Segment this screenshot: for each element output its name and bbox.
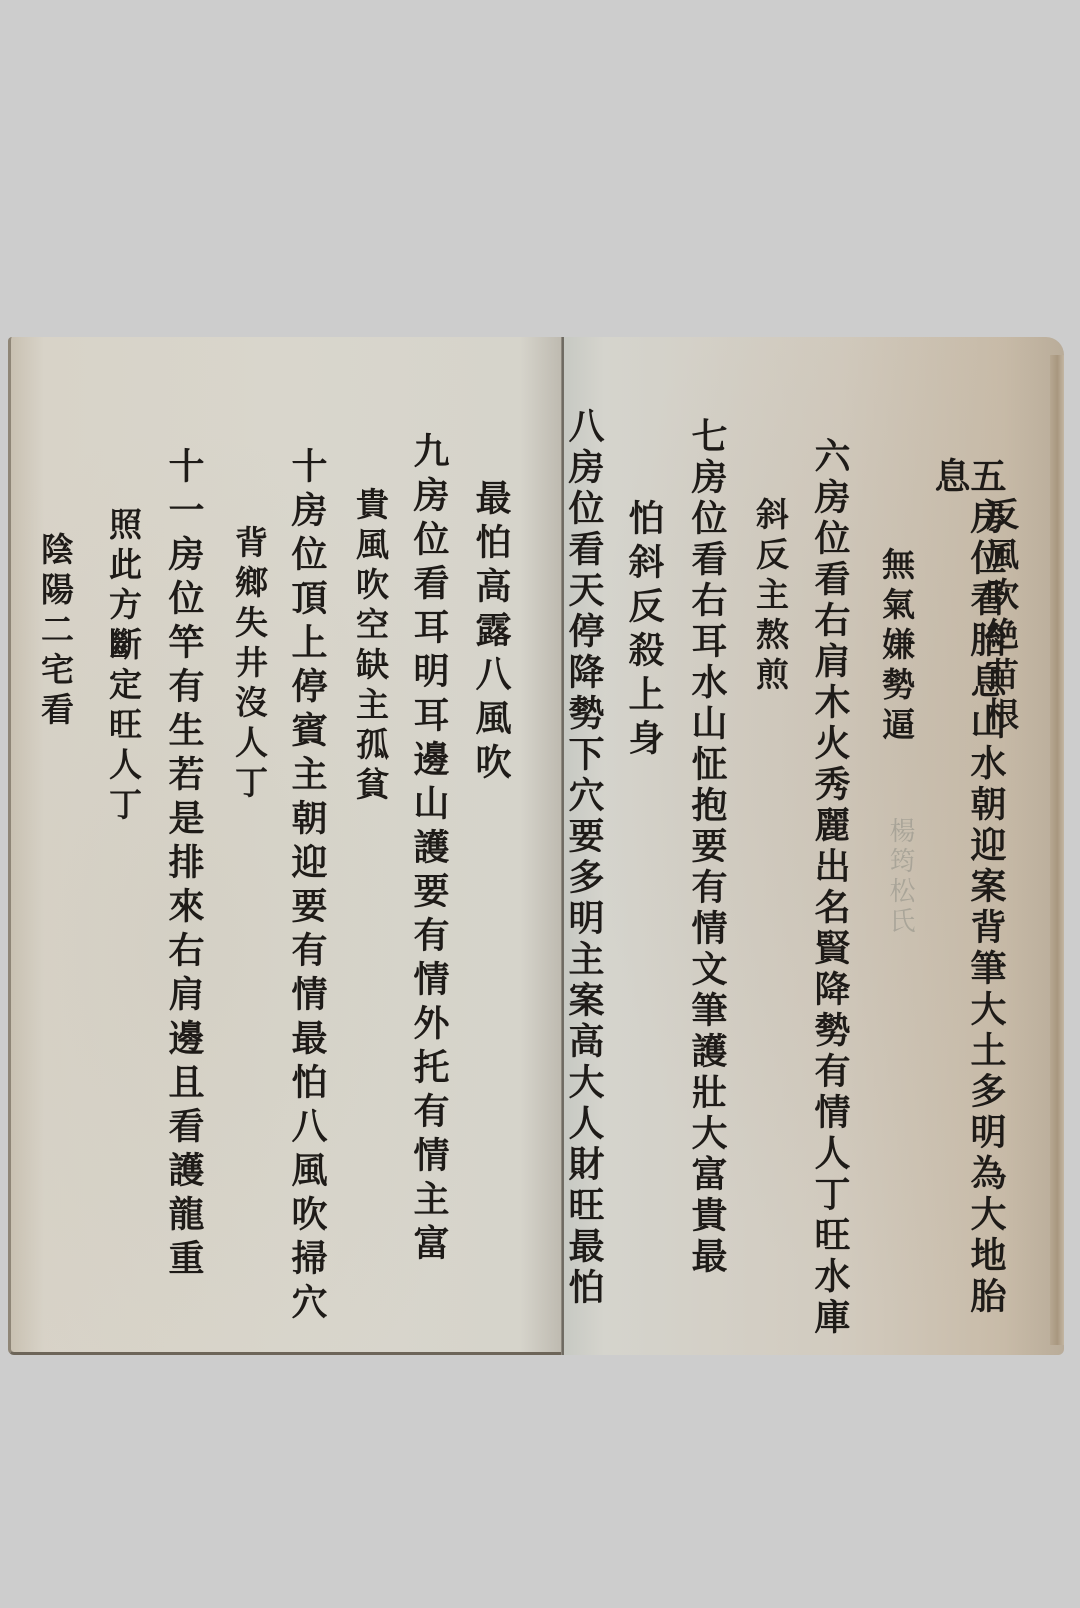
text-column: 照此方斷定旺人丁	[107, 507, 140, 827]
open-book: 最怕高露八風吹 九房位看耳明耳邊山護要有情外托有情主富 貴風吹空缺主孤貧 十房位…	[8, 337, 1074, 1355]
left-page: 最怕高露八風吹 九房位看耳明耳邊山護要有情外托有情主富 貴風吹空缺主孤貧 十房位…	[8, 337, 564, 1355]
text-column: 十一房位竿有生若是排來右肩邊且看護龍重	[166, 447, 202, 1283]
text-column: 五房位看胎息山水朝迎案背筆大土多明為大地胎息	[932, 457, 1004, 1355]
page-edge-stack	[1050, 355, 1064, 1345]
text-column: 斜反主熬煎	[754, 497, 787, 697]
right-page: 反風吹絶苗根 五房位看胎息山水朝迎案背筆大土多明為大地胎息 無氣嫌勢逼 六房位看…	[564, 337, 1064, 1355]
text-column: 最怕高露八風吹	[473, 479, 509, 787]
text-column: 九房位看耳明耳邊山護要有情外托有情主富	[411, 432, 447, 1268]
text-column: 八房位看天停降勢下穴要多明主案高大人財旺最怕	[566, 407, 602, 1309]
text-column: 背鄉失井沒人丁	[233, 525, 266, 805]
text-column: 十房位頂上停賓主朝迎要有情最怕八風吹掃穴	[289, 447, 325, 1327]
text-column: 六房位看右肩木火秀麗出名賢降勢有情人丁旺水庫	[812, 437, 848, 1339]
text-column: 貴風吹空缺主孤貧	[354, 487, 387, 807]
text-column: 無氣嫌勢逼	[880, 547, 913, 747]
text-column: 陰陽二宅看	[39, 532, 72, 732]
text-column: 七房位看右耳水山怔抱要有情文筆護壯大富貴最	[689, 417, 725, 1278]
text-column: 怕斜反殺上身	[626, 499, 662, 763]
faded-stamp: 楊筠松氏	[882, 817, 919, 937]
